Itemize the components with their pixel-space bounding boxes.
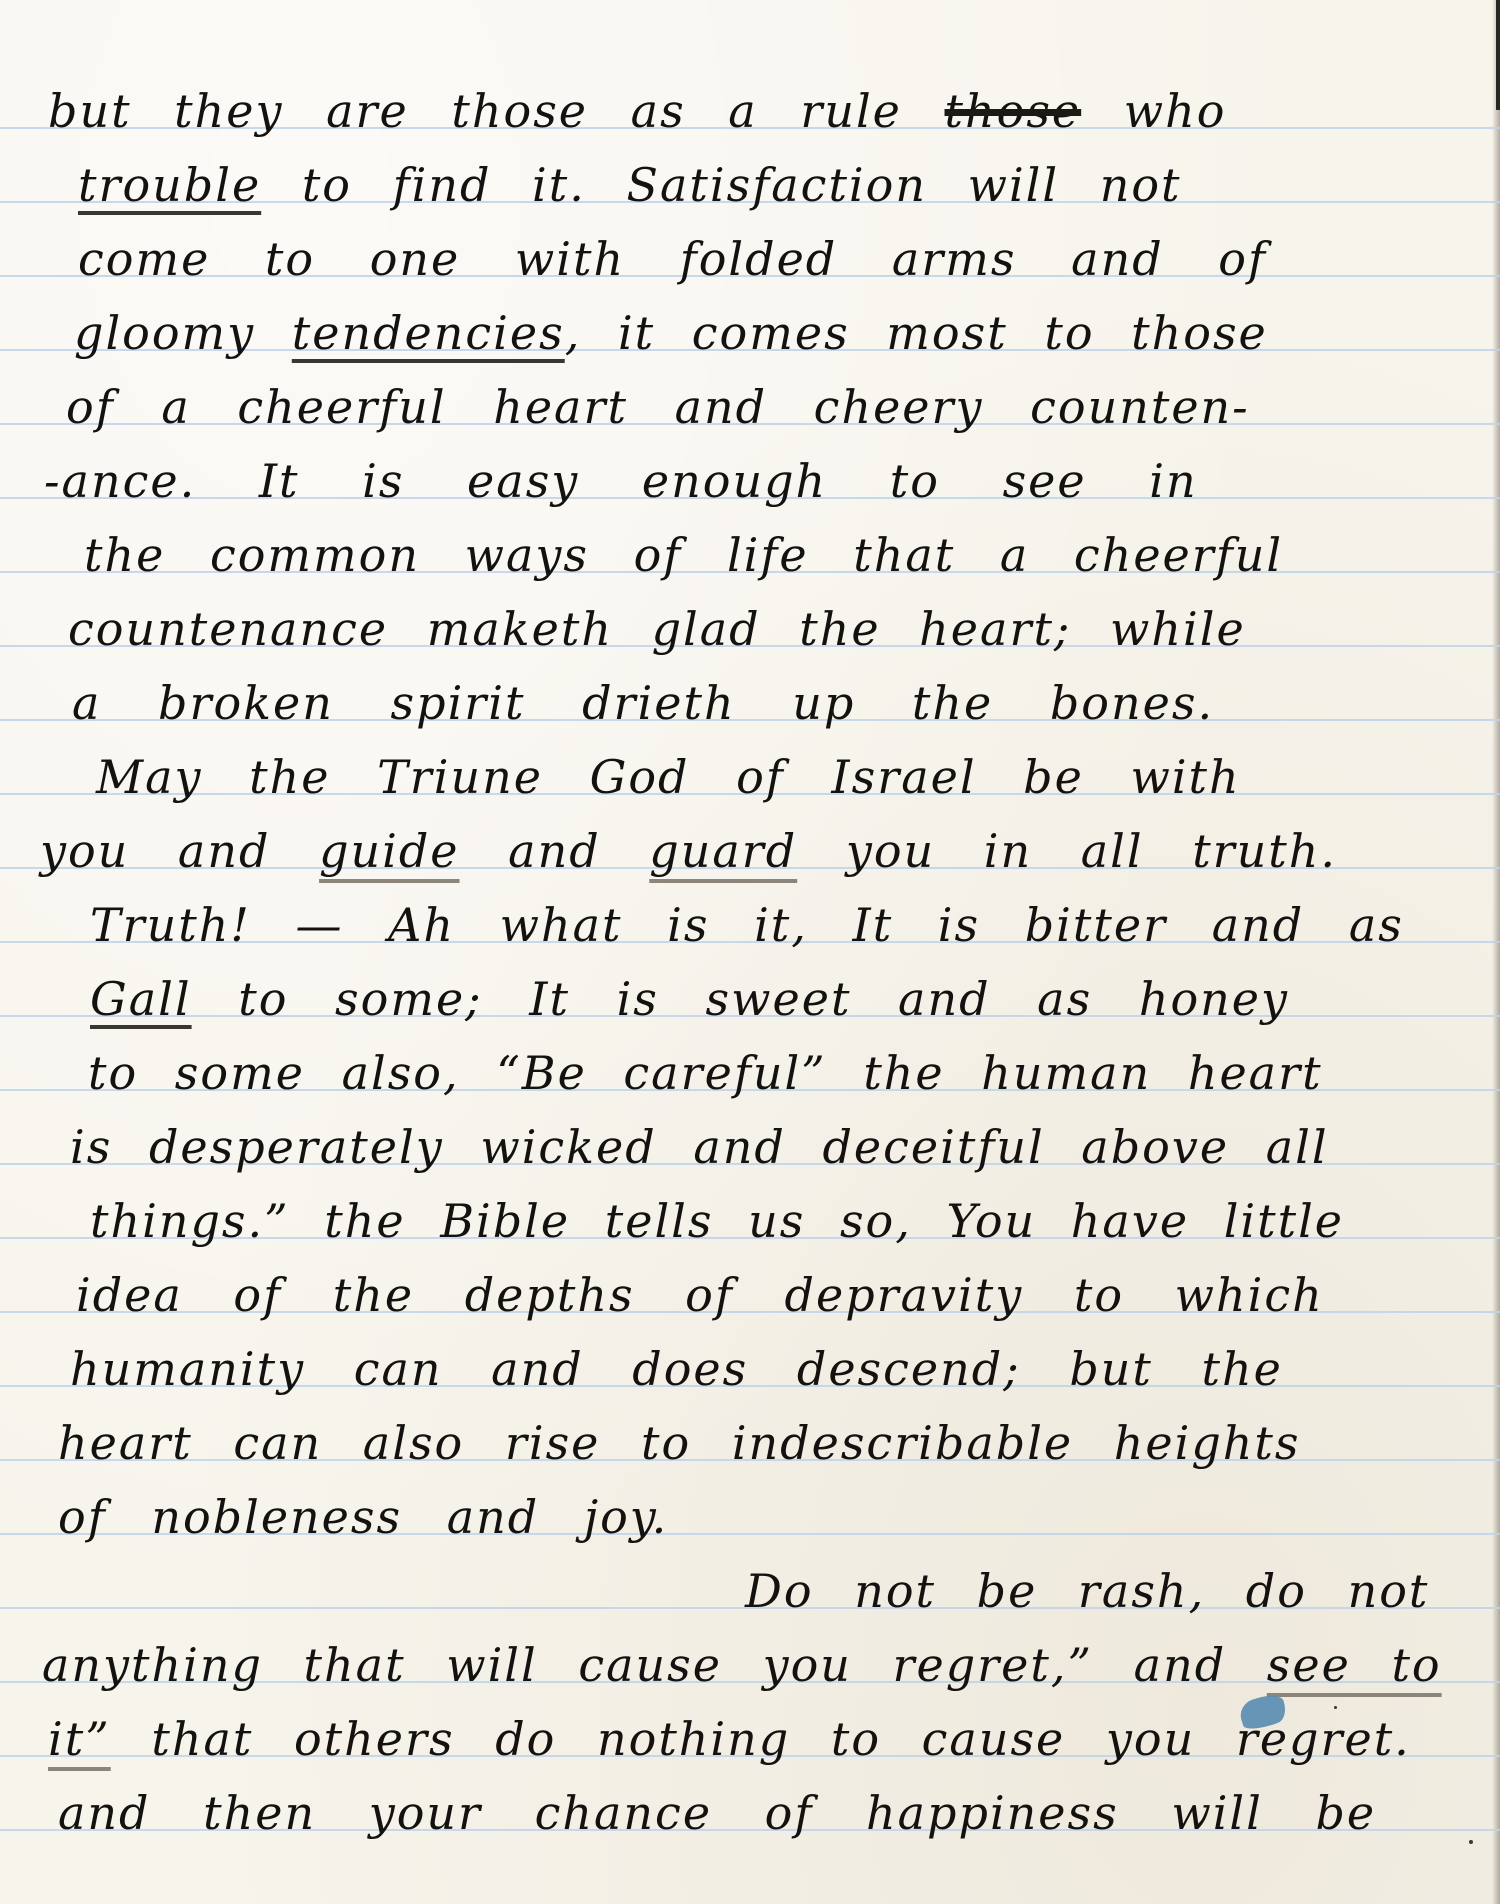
line-text: and: [508, 824, 601, 878]
text-line-21: Do not be rash, do not: [745, 1568, 1429, 1614]
text-line-4: gloomy tendencies, it comes most to thos…: [74, 310, 1268, 356]
line-text: things.” the Bible tells us so, You have…: [90, 1194, 1344, 1248]
line-text: of a cheerful heart and cheery counten-: [66, 380, 1250, 434]
underlined-word: guide: [319, 824, 459, 878]
text-line-18: humanity can and does descend; but the: [70, 1346, 1283, 1392]
line-text: who: [1124, 84, 1227, 138]
text-line-2: trouble to find it. Satisfaction will no…: [78, 162, 1182, 208]
ink-speck: [1334, 1706, 1337, 1709]
line-text: that others do nothing to cause you regr…: [151, 1712, 1410, 1766]
text-line-14: to some also, “Be careful” the human hea…: [88, 1050, 1323, 1096]
text-line-23: it” that others do nothing to cause you …: [48, 1716, 1411, 1762]
line-text: countenance maketh glad the heart; while: [68, 602, 1246, 656]
underlined-word: trouble: [78, 158, 261, 212]
underlined-word: see to: [1267, 1638, 1442, 1692]
line-text: is desperately wicked and deceitful abov…: [70, 1120, 1329, 1174]
line-text: you and: [40, 824, 270, 878]
text-line-7: the common ways of life that a cheerful: [84, 532, 1283, 578]
text-line-8: countenance maketh glad the heart; while: [68, 606, 1246, 652]
text-line-20: of nobleness and joy.: [58, 1494, 668, 1540]
underlined-word: Gall: [90, 972, 192, 1026]
text-line-24: and then your chance of happiness will b…: [58, 1790, 1376, 1836]
line-text: anything that will cause you regret,” an…: [42, 1638, 1226, 1692]
underlined-word: tendencies: [292, 306, 565, 360]
line-text: May the Triune God of Israel be with: [96, 750, 1241, 804]
text-line-15: is desperately wicked and deceitful abov…: [70, 1124, 1329, 1170]
text-line-19: heart can also rise to indescribable hei…: [58, 1420, 1301, 1466]
text-line-17: idea of the depths of depravity to which: [76, 1272, 1324, 1318]
underlined-word: it”: [48, 1712, 111, 1766]
page-edge-shadow: [1492, 0, 1500, 1904]
line-text: heart can also rise to indescribable hei…: [58, 1416, 1301, 1470]
line-text: Truth! — Ah what is it, It is bitter and…: [90, 898, 1404, 952]
text-line-11: you and guide and guard you in all truth…: [40, 828, 1337, 874]
line-text: , it comes most to those: [565, 306, 1268, 360]
line-text: of nobleness and joy.: [58, 1490, 668, 1544]
line-text: to some; It is sweet and as honey: [238, 972, 1289, 1026]
text-line-6: -ance. It is easy enough to see in: [44, 458, 1198, 504]
line-text: to some also, “Be careful” the human hea…: [88, 1046, 1323, 1100]
text-line-16: things.” the Bible tells us so, You have…: [90, 1198, 1344, 1244]
line-text: but they are those as a rule: [48, 84, 902, 138]
line-text: gloomy: [74, 306, 255, 360]
underlined-word: guard: [649, 824, 797, 878]
text-line-13: Gall to some; It is sweet and as honey: [90, 976, 1289, 1022]
struck-word: those: [945, 84, 1082, 138]
line-text: a broken spirit drieth up the bones.: [72, 676, 1214, 730]
text-line-9: a broken spirit drieth up the bones.: [72, 680, 1214, 726]
line-text: Do not be rash, do not: [745, 1564, 1429, 1618]
text-line-12: Truth! — Ah what is it, It is bitter and…: [90, 902, 1404, 948]
line-text: come to one with folded arms and of: [78, 232, 1267, 286]
text-line-10: May the Triune God of Israel be with: [96, 754, 1241, 800]
line-text: you in all truth.: [846, 824, 1337, 878]
letter-page: but they are those as a rule those who t…: [0, 0, 1500, 1904]
line-text: and then your chance of happiness will b…: [58, 1786, 1376, 1840]
page-edge-binding: [1496, 0, 1500, 110]
text-line-22: anything that will cause you regret,” an…: [42, 1642, 1442, 1688]
line-text: idea of the depths of depravity to which: [76, 1268, 1324, 1322]
line-text: to find it. Satisfaction will not: [302, 158, 1182, 212]
ink-speck: [1469, 1840, 1473, 1844]
line-text: -ance. It is easy enough to see in: [44, 454, 1198, 508]
line-text: humanity can and does descend; but the: [70, 1342, 1283, 1396]
text-line-5: of a cheerful heart and cheery counten-: [66, 384, 1250, 430]
text-line-3: come to one with folded arms and of: [78, 236, 1267, 282]
text-line-1: but they are those as a rule those who: [48, 88, 1226, 134]
line-text: the common ways of life that a cheerful: [84, 528, 1283, 582]
